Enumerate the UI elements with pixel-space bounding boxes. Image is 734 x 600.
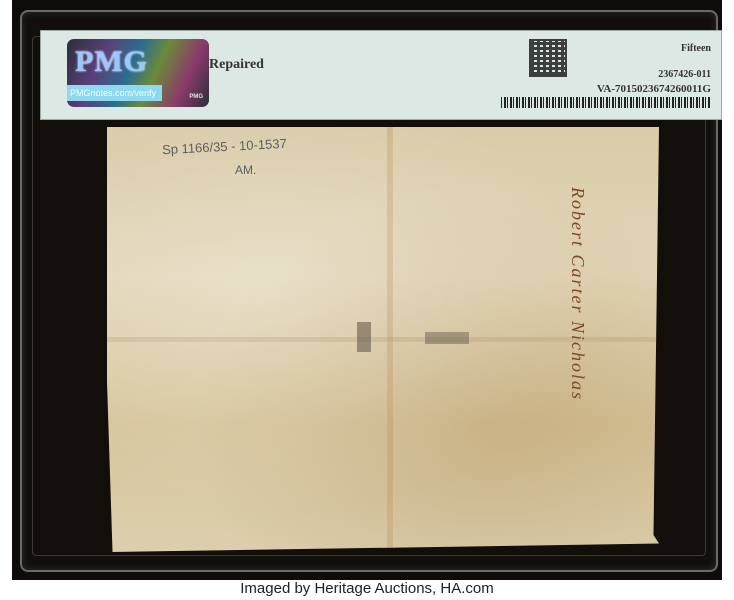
denomination: Fifteen — [681, 43, 711, 54]
pmg-label: PMG PMGnotes.com/verify PMG Repaired Fif… — [40, 30, 722, 120]
banknote-reverse: Sp 1166/35 - 10-1537 AM. Robert Carter N… — [107, 127, 659, 552]
qr-code-icon — [529, 39, 567, 77]
verify-url: PMGnotes.com/verify — [67, 85, 162, 101]
pencil-notation: Sp 1166/35 - 10-1537 — [162, 136, 287, 158]
serial-number: VA-7015023674260011G — [597, 83, 711, 95]
cert-number: 2367426-011 — [658, 69, 711, 80]
holo-corner-mark: PMG — [189, 94, 203, 100]
ink-mark — [357, 322, 371, 352]
pmg-hologram-logo: PMG PMGnotes.com/verify PMG — [67, 39, 209, 107]
ink-mark — [425, 332, 469, 344]
pencil-initials: AM. — [235, 163, 256, 177]
grade-designation: Repaired — [209, 57, 264, 73]
handwritten-signature: Robert Carter Nicholas — [567, 187, 588, 401]
image-credit: Imaged by Heritage Auctions, HA.com — [0, 580, 734, 597]
holo-logo-text: PMG — [75, 45, 148, 79]
barcode-icon — [501, 97, 711, 108]
graded-note-photo: PMG PMGnotes.com/verify PMG Repaired Fif… — [12, 0, 722, 580]
